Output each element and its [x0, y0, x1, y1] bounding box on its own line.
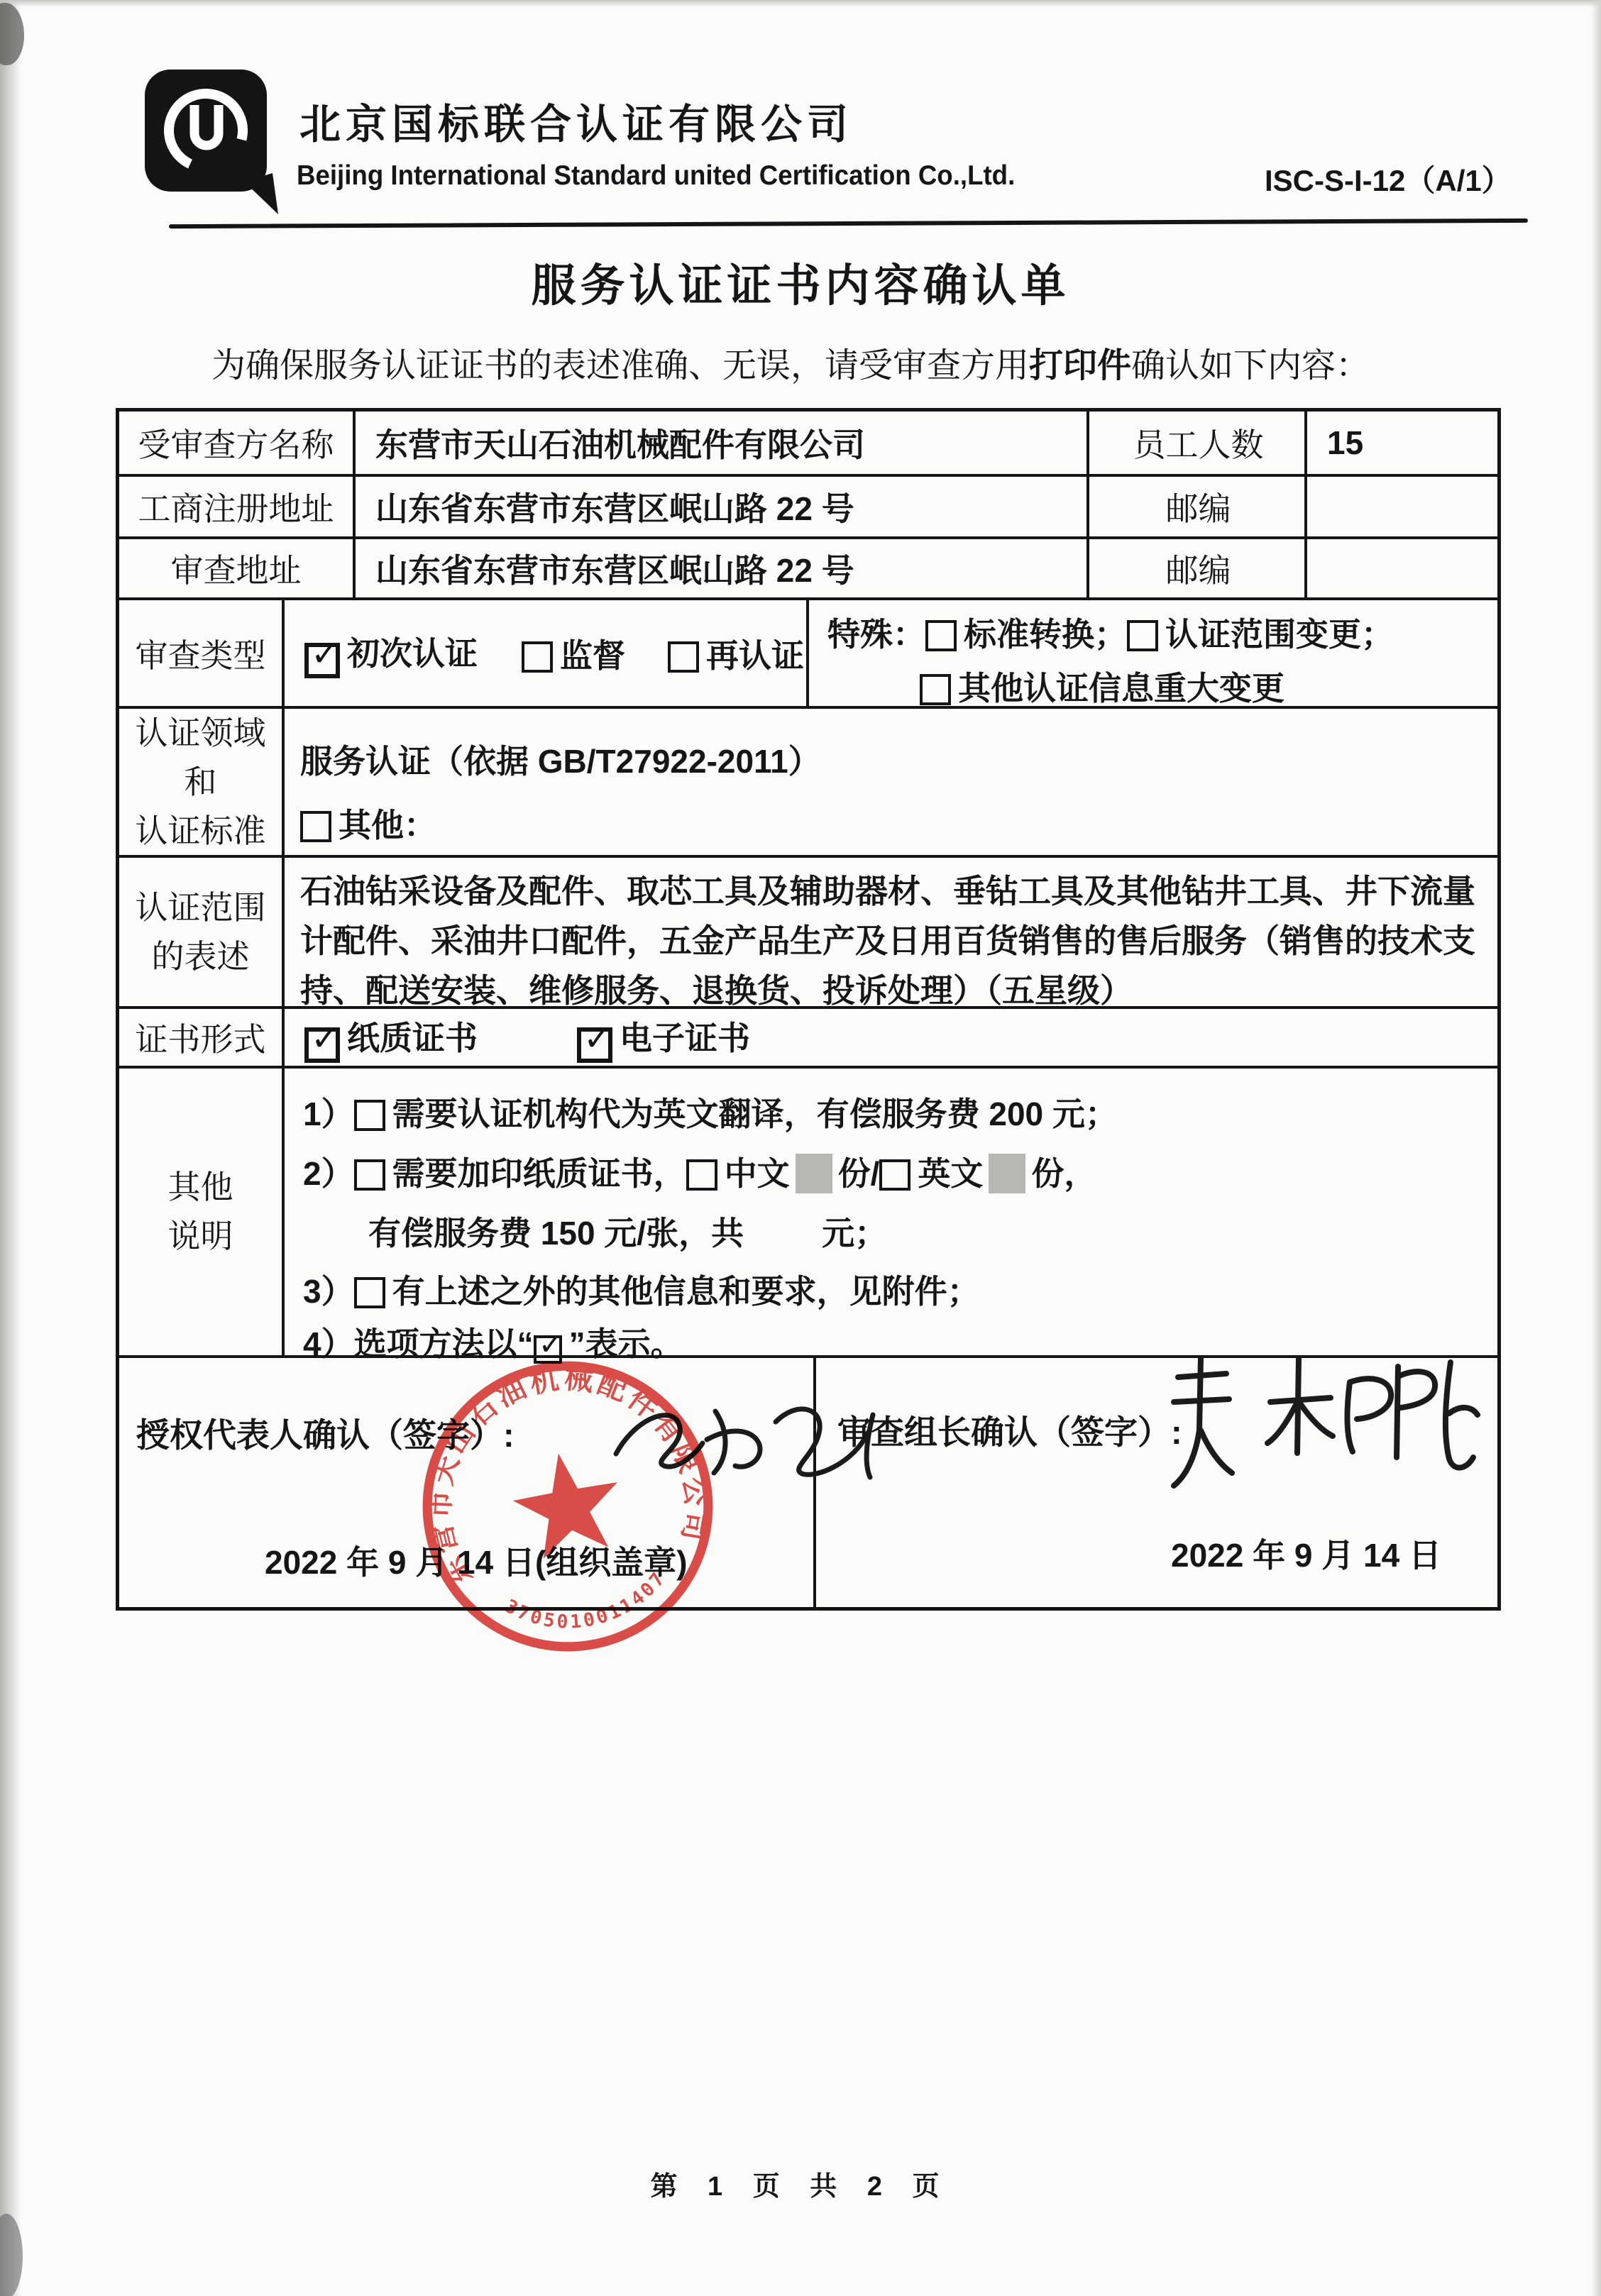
option-label: 认证范围变更； [1165, 616, 1394, 653]
audit-type-label: 审查类型 [119, 600, 285, 706]
note-item-2: 2）需要加印纸质证书，中文份/英文份， [303, 1148, 1096, 1195]
certification-field-label: 认证领域 和 认证标准 [119, 709, 285, 855]
certificate-form-electronic: ✓电子证书 [577, 1012, 750, 1063]
certification-body-logo-icon [139, 61, 281, 221]
audit-team-leader-signature [1164, 1338, 1497, 1508]
option-label: 纸质证书 [347, 1020, 478, 1056]
audit-address-value: 山东省东营市东营区岷山路 22 号 [356, 539, 1089, 597]
note-item-3: 3）有上述之外的其他信息和要求，见附件； [303, 1266, 980, 1313]
option-label: 标准转换； [964, 616, 1127, 653]
auditee-name-label: 受审查方名称 [119, 412, 356, 474]
label-line: 认证标准 [136, 807, 266, 856]
label-line: 认证领域 [136, 709, 266, 758]
row-certification-field: 认证领域 和 认证标准 服务认证（依据 GB/T27922-2011） 其他： [119, 709, 1497, 858]
scope-line-2: 计配件、采油井口配件，五金产品生产及日用百货销售的售后服务（销售的技术支 [300, 916, 1483, 966]
zip-value [1307, 477, 1497, 536]
header-divider [169, 219, 1528, 228]
staff-count-value: 15 [1307, 412, 1497, 474]
row-registered-address: 工商注册地址 山东省东营市东营区岷山路 22 号 邮编 [119, 477, 1497, 539]
item-text: 份， [1031, 1155, 1096, 1192]
checkbox-initial-certification: ✓ [304, 643, 340, 678]
certification-scope-label-lines: 认证范围 的表述 [136, 883, 266, 981]
item-text: 英文 [918, 1155, 983, 1192]
option-label: 电子证书 [620, 1020, 750, 1056]
company-name-cn: 北京国标联合认证有限公司 [299, 91, 853, 150]
zip-label-2: 邮编 [1092, 539, 1307, 597]
company-name-en: Beijing International Standard united Ce… [297, 160, 1015, 192]
item-text: 需要认证机构代为英文翻译，有偿服务费 200 元； [392, 1095, 1118, 1132]
checkbox-mark: ✓ [311, 1027, 338, 1052]
page-title: 服务认证证书内容确认单 [0, 250, 1601, 314]
checkbox-other-major-change [920, 674, 951, 705]
scan-edge-left [0, 0, 21, 2296]
checkbox-other-standard [300, 811, 331, 842]
option-label: 其他： [339, 807, 436, 844]
option-label: 再认证 [706, 637, 804, 674]
item-text: 有上述之外的其他信息和要求，见附件； [392, 1273, 980, 1310]
row-certificate-form: 证书形式 ✓纸质证书 ✓电子证书 [119, 1009, 1497, 1069]
item-number: 1） [303, 1095, 354, 1132]
intro-post: 确认如下内容： [1131, 347, 1370, 385]
checkbox-extra-paper-copies [354, 1159, 385, 1191]
audit-team-leader-cell: 审查组长确认（签字）: 2022 年 9 月 14 日 [816, 1358, 1497, 1607]
label-line: 的表述 [152, 932, 250, 981]
checkbox-chinese-copies [686, 1159, 717, 1191]
zip-value-2 [1307, 539, 1497, 597]
row-signoff: 授权代表人确认（签字）: 2022 年 9 月 14 日(组织盖章) 审查组长确… [119, 1358, 1497, 1607]
certification-other-option: 其他： [300, 800, 436, 846]
checkbox-standard-conversion [925, 620, 957, 651]
auditee-name-value: 东营市天山石油机械配件有限公司 [356, 412, 1089, 474]
audit-type-option-initial: ✓初次认证 [304, 628, 478, 678]
staff-count-label: 员工人数 [1092, 412, 1307, 474]
certificate-form-options: ✓纸质证书 ✓电子证书 [285, 1009, 1497, 1066]
audit-team-leader-date: 2022 年 9 月 14 日 [1171, 1530, 1441, 1577]
checkbox-english-copies [879, 1159, 910, 1191]
row-auditee-name: 受审查方名称 东营市天山石油机械配件有限公司 员工人数 15 [119, 412, 1497, 477]
certification-basis-text: 服务认证（依据 GB/T27922-2011） [300, 736, 821, 783]
scanned-document-page: 北京国标联合认证有限公司 Beijing International Stand… [0, 0, 1601, 2296]
certification-field-content: 服务认证（依据 GB/T27922-2011） 其他： [285, 709, 1497, 855]
redacted-quantity-box [989, 1154, 1025, 1193]
checkbox-mark: ✓ [311, 642, 338, 668]
item-text: 中文 [725, 1155, 790, 1192]
item-text: 元； [822, 1215, 887, 1252]
document-code: ISC-S-I-12（A/1） [1265, 158, 1512, 200]
scope-line-3: 持、配送安装、维修服务、退换货、投诉处理）（五星级） [300, 966, 1483, 1015]
special-prefix: 特殊： [827, 616, 925, 653]
item-number: 3） [303, 1273, 354, 1310]
certificate-form-paper: ✓纸质证书 [304, 1012, 478, 1063]
option-label: 初次认证 [347, 635, 478, 672]
checkbox-recertification [668, 641, 699, 673]
scope-line-1: 石油钻采设备及配件、取芯工具及辅助器材、垂钻工具及其他钻井工具、井下流量 [300, 866, 1483, 916]
other-notes-content: 1）需要认证机构代为英文翻译，有偿服务费 200 元； 2）需要加印纸质证书，中… [285, 1069, 1497, 1355]
svg-text:3705010011407: 3705010011407 [497, 1564, 677, 1646]
certification-scope-label: 认证范围 的表述 [119, 858, 285, 1006]
row-audit-type: 审查类型 ✓初次认证 监督 再认证 特殊：标准转换；认证范围变更； 其他认证信息… [119, 600, 1497, 709]
seal-serial-number: 3705010011407 [497, 1564, 677, 1646]
certificate-form-label: 证书形式 [119, 1009, 285, 1066]
item-text: 选项方法以“ [354, 1325, 534, 1362]
scan-edge-right [1591, 0, 1601, 2296]
certification-field-label-lines: 认证领域 和 认证标准 [136, 709, 266, 856]
intro-pre: 为确保服务认证证书的表述准确、无误，请受审查方用 [211, 347, 1029, 385]
intro-text: 为确保服务认证证书的表述准确、无误，请受审查方用打印件确认如下内容： [211, 338, 1370, 387]
audit-team-leader-label: 审查组长确认（签字）: [837, 1406, 1182, 1454]
option-label: 监督 [560, 637, 625, 674]
redacted-quantity-box [796, 1154, 832, 1193]
checkbox-electronic-certificate: ✓ [577, 1027, 612, 1063]
label-line: 认证范围 [136, 883, 266, 932]
checkbox-surveillance [522, 641, 553, 673]
label-line: 其他 [168, 1163, 233, 1212]
checkbox-paper-certificate: ✓ [304, 1027, 340, 1063]
note-item-2-line-2: 有偿服务费 150 元/张，共元； [368, 1208, 887, 1254]
checkbox-other-info [354, 1277, 385, 1308]
label-line: 和 [185, 758, 217, 807]
audit-address-label: 审查地址 [119, 539, 356, 597]
intro-bold-print-copy: 打印件 [1029, 347, 1131, 385]
audit-type-option-recertification: 再认证 [668, 630, 804, 677]
row-certification-scope: 认证范围 的表述 石油钻采设备及配件、取芯工具及辅助器材、垂钻工具及其他钻井工具… [119, 858, 1497, 1009]
option-label: 其他认证信息重大变更 [958, 670, 1284, 707]
special-audit-cell: 特殊：标准转换；认证范围变更； 其他认证信息重大变更 [812, 600, 1497, 706]
item-number: 2） [303, 1155, 354, 1192]
other-notes-label-lines: 其他 说明 [168, 1163, 233, 1261]
audit-type-option-surveillance: 监督 [522, 630, 625, 677]
certification-scope-text: 石油钻采设备及配件、取芯工具及辅助器材、垂钻工具及其他钻井工具、井下流量 计配件… [300, 866, 1483, 1015]
row-other-notes: 其他 说明 1）需要认证机构代为英文翻译，有偿服务费 200 元； 2）需要加印… [119, 1069, 1497, 1358]
registered-address-value: 山东省东营市东营区岷山路 22 号 [356, 477, 1089, 536]
item-number: 4） [303, 1325, 354, 1362]
item-text: 有偿服务费 150 元/张，共 [368, 1215, 744, 1252]
registered-address-label: 工商注册地址 [119, 477, 356, 536]
checkbox-scope-change [1127, 620, 1158, 651]
zip-label: 邮编 [1092, 477, 1307, 536]
checkbox-english-translation [354, 1100, 385, 1131]
row-audit-address: 审查地址 山东省东营市东营区岷山路 22 号 邮编 [119, 539, 1497, 600]
other-notes-label: 其他 说明 [119, 1069, 285, 1355]
company-seal-stamp: 东营市天山石油机械配件有限公司 3705010011407 [390, 1328, 747, 1685]
certification-scope-content: 石油钻采设备及配件、取芯工具及辅助器材、垂钻工具及其他钻井工具、井下流量 计配件… [285, 858, 1497, 1006]
special-line-1: 特殊：标准转换；认证范围变更； [827, 612, 1497, 657]
checkbox-mark: ✓ [583, 1027, 610, 1052]
footer-page-number: 第 1 页 共 2 页 [0, 2164, 1601, 2203]
item-text: 份/ [838, 1155, 880, 1192]
confirmation-form-table: 受审查方名称 东营市天山石油机械配件有限公司 员工人数 15 工商注册地址 山东… [116, 408, 1501, 1611]
scan-edge-top [0, 0, 1601, 7]
item-text: 需要加印纸质证书， [392, 1155, 686, 1192]
special-line-2: 其他认证信息重大变更 [920, 666, 1497, 711]
note-item-1: 1）需要认证机构代为英文翻译，有偿服务费 200 元； [303, 1088, 1118, 1135]
audit-type-options: ✓初次认证 监督 再认证 [285, 600, 809, 706]
label-line: 说明 [168, 1212, 233, 1261]
